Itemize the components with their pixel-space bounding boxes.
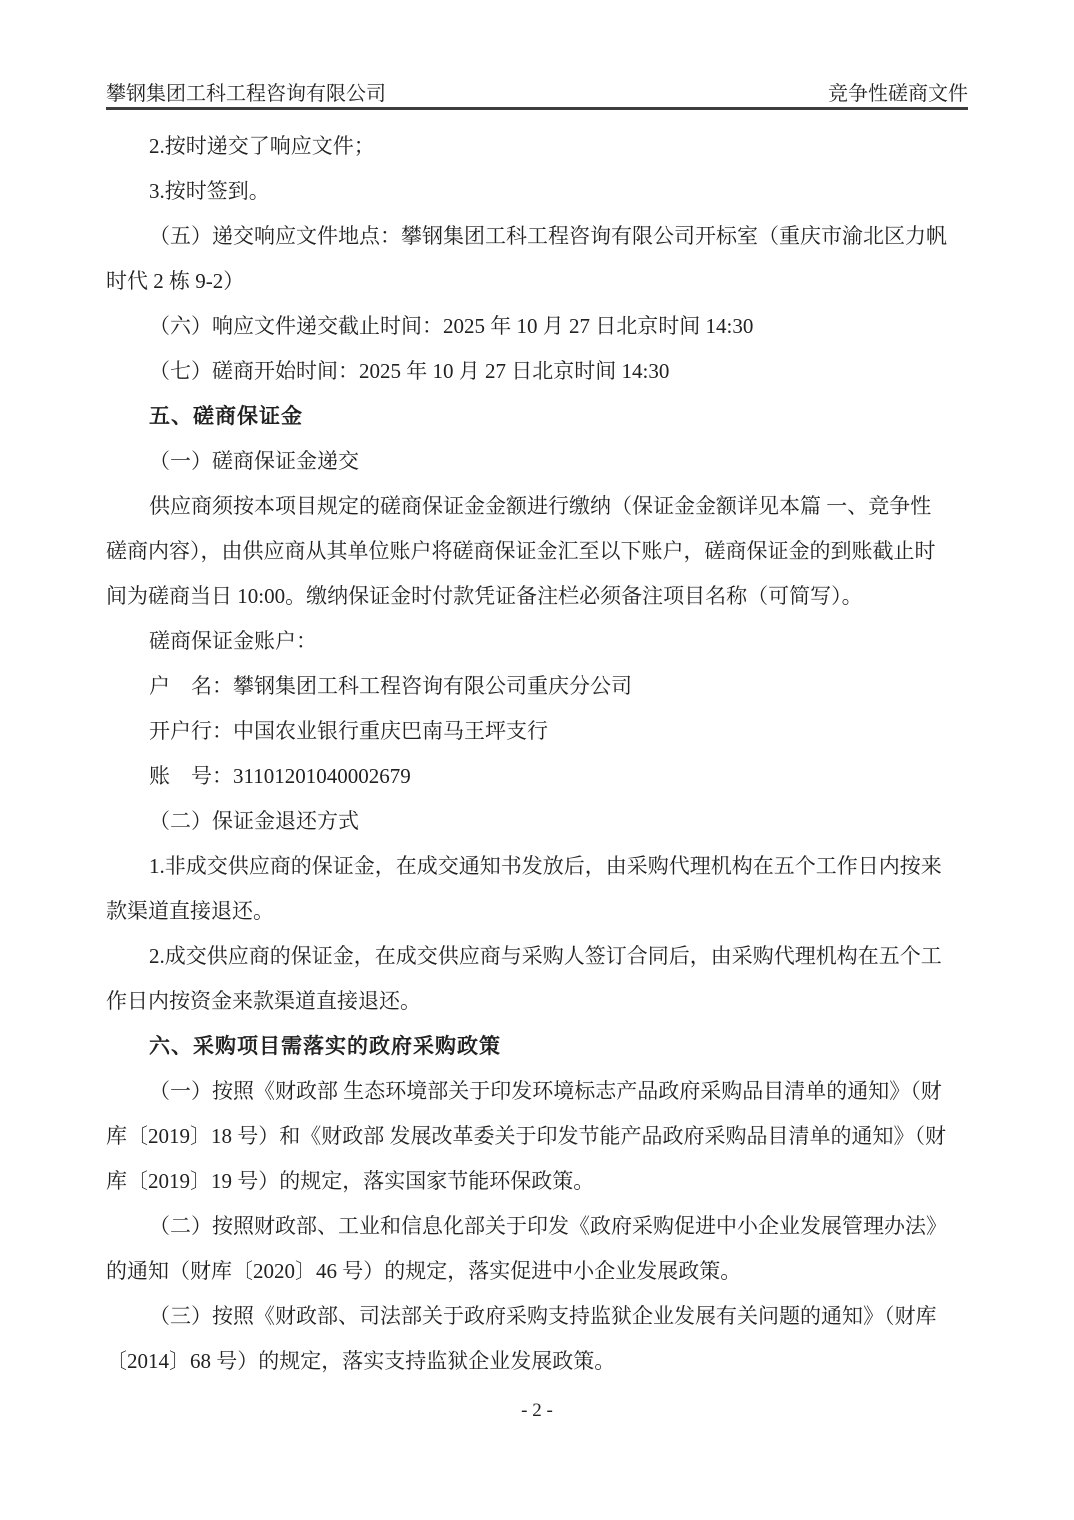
text-line: 磋商内容），由供应商从其单位账户将磋商保证金汇至以下账户，磋商保证金的到账截止时 [106,529,986,574]
page-footer: - 2 - [0,1400,1074,1422]
text-line: 款渠道直接退还。 [106,889,986,934]
text-line: 1.非成交供应商的保证金，在成交通知书发放后，由采购代理机构在五个工作日内按来 [106,844,986,889]
company-name-header: 攀钢集团工科工程咨询有限公司 [106,82,386,106]
text-line: 户 名：攀钢集团工科工程咨询有限公司重庆分公司 [106,664,986,709]
text-line: 供应商须按本项目规定的磋商保证金金额进行缴纳（保证金金额详见本篇 一、竞争性 [106,484,986,529]
text-line: 账 号：31101201040002679 [106,754,986,799]
document-type-header: 竞争性磋商文件 [828,82,968,106]
text-line: （五）递交响应文件地点：攀钢集团工科工程咨询有限公司开标室（重庆市渝北区力帆 [106,214,986,259]
text-line: （一）按照《财政部 生态环境部关于印发环境标志产品政府采购品目清单的通知》（财 [106,1069,986,1114]
text-line: 2.按时递交了响应文件； [106,124,986,169]
text-line: （二）保证金退还方式 [106,799,986,844]
text-line: 的通知（财库〔2020〕46 号）的规定，落实促进中小企业发展政策。 [106,1249,986,1294]
document-page: 攀钢集团工科工程咨询有限公司 竞争性磋商文件 2.按时递交了响应文件；3.按时签… [0,0,1074,1520]
text-line: （六）响应文件递交截止时间：2025 年 10 月 27 日北京时间 14:30 [106,304,986,349]
section-heading: 五、磋商保证金 [106,394,986,439]
page-number: - 2 - [521,1400,553,1421]
text-line: 3.按时签到。 [106,169,986,214]
header-rule [106,107,968,110]
page-header: 攀钢集团工科工程咨询有限公司 竞争性磋商文件 [106,82,968,106]
text-line: （一）磋商保证金递交 [106,439,986,484]
text-line: 时代 2 栋 9-2） [106,259,986,304]
text-line: 库〔2019〕19 号）的规定，落实国家节能环保政策。 [106,1159,986,1204]
section-heading: 六、采购项目需落实的政府采购政策 [106,1024,986,1069]
text-line: 开户行：中国农业银行重庆巴南马王坪支行 [106,709,986,754]
text-line: （二）按照财政部、工业和信息化部关于印发《政府采购促进中小企业发展管理办法》 [106,1204,986,1249]
text-line: 库〔2019〕18 号）和《财政部 发展改革委关于印发节能产品政府采购品目清单的… [106,1114,986,1159]
text-line: 2.成交供应商的保证金，在成交供应商与采购人签订合同后，由采购代理机构在五个工 [106,934,986,979]
text-line: （七）磋商开始时间：2025 年 10 月 27 日北京时间 14:30 [106,349,986,394]
text-line: （三）按照《财政部、司法部关于政府采购支持监狱企业发展有关问题的通知》（财库 [106,1294,986,1339]
text-line: 〔2014〕68 号）的规定，落实支持监狱企业发展政策。 [106,1339,986,1384]
text-line: 磋商保证金账户： [106,619,986,664]
document-body: 2.按时递交了响应文件；3.按时签到。（五）递交响应文件地点：攀钢集团工科工程咨… [106,124,986,1384]
text-line: 间为磋商当日 10:00。缴纳保证金时付款凭证备注栏必须备注项目名称（可简写）。 [106,574,986,619]
text-line: 作日内按资金来款渠道直接退还。 [106,979,986,1024]
